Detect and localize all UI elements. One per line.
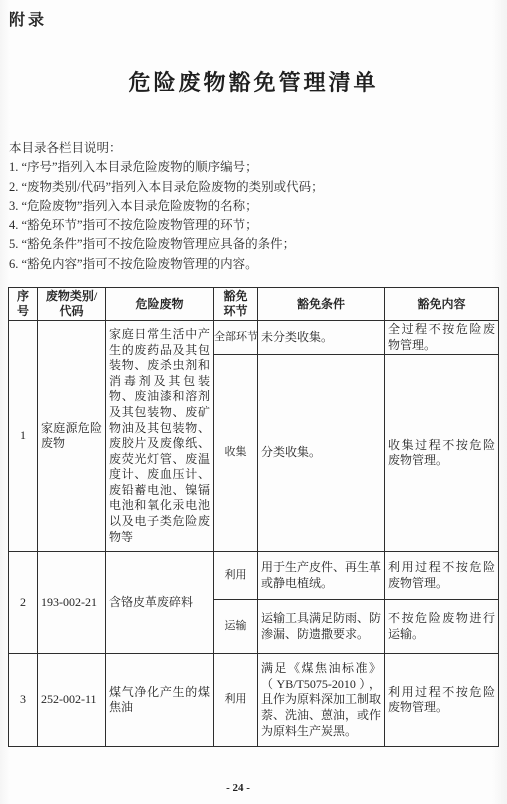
intro-item-4: 4. “豁免环节”指可不按危险废物管理的环节；	[9, 216, 498, 235]
page-title: 危险废物豁免管理清单	[0, 66, 507, 97]
cell-exemption-content: 利用过程不按危险废物管理。	[385, 654, 499, 747]
cell-exemption-condition: 用于生产皮件、再生革或静电植绒。	[258, 552, 385, 600]
cell-exemption-content: 全过程不按危险废物管理。	[385, 321, 499, 355]
header-exemption-content: 豁免内容	[385, 288, 499, 321]
cell-hazardous-waste: 家庭日常生活中产生的废药品及其包装物、废杀虫剂和消毒剂及其包装物、废油漆和溶剂及…	[106, 321, 214, 552]
intro-item-3: 3. “危险废物”指列入本目录危险废物的名称；	[9, 197, 498, 216]
table-header-row: 序号 废物类别/ 代码 危险废物 豁免 环节 豁免条件 豁免内容	[9, 288, 499, 321]
intro-section: 本目录各栏目说明： 1. “序号”指列入本目录危险废物的顺序编号； 2. “废物…	[9, 139, 498, 274]
cell-exemption-condition: 未分类收集。	[258, 321, 385, 355]
cell-hazardous-waste: 含铬皮革废碎料	[106, 552, 214, 654]
cell-exemption-stage: 收集	[214, 355, 258, 552]
appendix-label: 附录	[9, 7, 47, 30]
intro-item-2: 2. “废物类别/代码”指列入本目录危险废物的类别或代码；	[9, 178, 498, 197]
header-serial-no: 序号	[9, 288, 38, 321]
cell-hazardous-waste: 煤气净化产生的煤焦油	[106, 654, 214, 747]
header-waste-category-code: 废物类别/ 代码	[38, 288, 106, 321]
intro-heading: 本目录各栏目说明：	[9, 139, 498, 158]
cell-exemption-content: 利用过程不按危险废物管理。	[385, 552, 499, 600]
cell-exemption-stage: 利用	[214, 552, 258, 600]
header-exemption-stage: 豁免 环节	[214, 288, 258, 321]
cell-waste-category: 家庭源危险废物	[38, 321, 106, 552]
exemption-table: 序号 废物类别/ 代码 危险废物 豁免 环节 豁免条件 豁免内容 1 家庭源危险…	[8, 287, 499, 747]
cell-serial-no: 2	[9, 552, 38, 654]
header-hazardous-waste: 危险废物	[106, 288, 214, 321]
cell-serial-no: 3	[9, 654, 38, 747]
cell-exemption-condition: 分类收集。	[258, 355, 385, 552]
cell-exemption-stage: 运输	[214, 600, 258, 654]
cell-exemption-condition: 满足《煤焦油标准》（YB/T5075-2010），且作为原料深加工制取萘、洗油、…	[258, 654, 385, 747]
intro-item-5: 5. “豁免条件”指可不按危险废物管理应具备的条件；	[9, 235, 498, 254]
cell-exemption-condition: 运输工具满足防雨、防渗漏、防遗撒要求。	[258, 600, 385, 654]
cell-serial-no: 1	[9, 321, 38, 552]
intro-item-1: 1. “序号”指列入本目录危险废物的顺序编号；	[9, 158, 498, 177]
table-row-2-sub-1: 2 193-002-21 含铬皮革废碎料 利用 用于生产皮件、再生革或静电植绒。…	[9, 552, 499, 600]
table-row-3: 3 252-002-11 煤气净化产生的煤焦油 利用 满足《煤焦油标准》（YB/…	[9, 654, 499, 747]
header-exemption-condition: 豁免条件	[258, 288, 385, 321]
cell-exemption-stage: 利用	[214, 654, 258, 747]
intro-item-6: 6. “豁免内容”指可不按危险废物管理的内容。	[9, 255, 498, 274]
cell-exemption-content: 收集过程不按危险废物管理。	[385, 355, 499, 552]
cell-exemption-stage: 全部环节	[214, 321, 258, 355]
cell-waste-category: 193-002-21	[38, 552, 106, 654]
table-row-1-sub-1: 1 家庭源危险废物 家庭日常生活中产生的废药品及其包装物、废杀虫剂和消毒剂及其包…	[9, 321, 499, 355]
cell-exemption-content: 不按危险废物进行运输。	[385, 600, 499, 654]
document-page: 附录 危险废物豁免管理清单 本目录各栏目说明： 1. “序号”指列入本目录危险废…	[0, 0, 507, 804]
cell-waste-category: 252-002-11	[38, 654, 106, 747]
page-number: - 24 -	[0, 782, 476, 794]
